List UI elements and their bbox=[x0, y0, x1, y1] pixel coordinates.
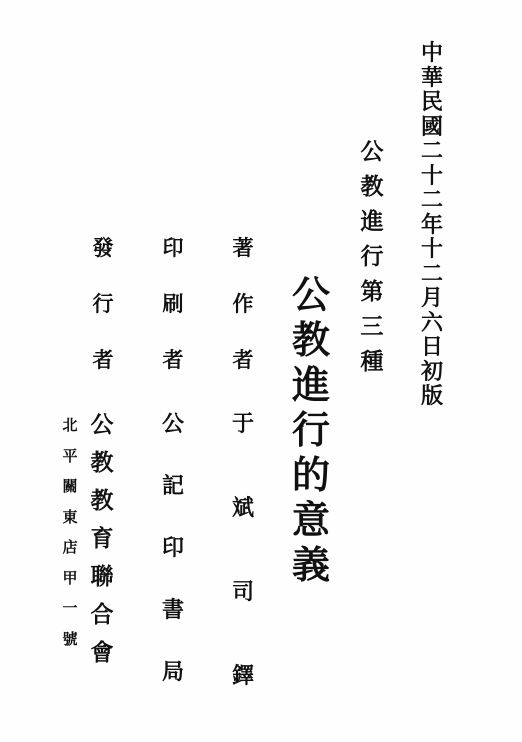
publication-date: 中 華 民 國 二 十 二 年 十 二 月 六 日 初 版 bbox=[418, 42, 446, 410]
address-char: 甲 bbox=[62, 571, 77, 602]
author-char: 斌 bbox=[232, 497, 254, 581]
title-char: 意 bbox=[292, 501, 330, 546]
date-char: 中 bbox=[421, 42, 443, 67]
book-title: 公 教 進 行 的 意 義 bbox=[288, 276, 334, 591]
date-char: 民 bbox=[421, 91, 443, 116]
publisher-char: 育 bbox=[91, 527, 114, 565]
title-char: 的 bbox=[292, 456, 330, 501]
address-char: 號 bbox=[62, 632, 77, 663]
date-char: 華 bbox=[421, 67, 443, 92]
title-char: 進 bbox=[292, 366, 330, 411]
date-char: 月 bbox=[421, 287, 443, 312]
date-char: 版 bbox=[421, 385, 443, 410]
author-char: 鐸 bbox=[232, 665, 254, 742]
date-char: 國 bbox=[421, 116, 443, 141]
printer-char: 公 bbox=[162, 413, 184, 475]
publisher-char: 教 bbox=[91, 489, 114, 527]
date-char: 年 bbox=[421, 214, 443, 239]
date-char: 日 bbox=[421, 336, 443, 361]
publisher-label-char: 行 bbox=[93, 293, 114, 349]
address-char: 一 bbox=[62, 601, 77, 632]
title-char: 行 bbox=[292, 411, 330, 456]
publisher-char: 合 bbox=[91, 603, 114, 641]
date-char: 二 bbox=[421, 189, 443, 214]
printer-label-char: 者 bbox=[163, 349, 184, 405]
title-char: 義 bbox=[292, 546, 330, 591]
series-char: 教 bbox=[361, 175, 384, 210]
publisher-char: 公 bbox=[91, 413, 114, 451]
date-char: 二 bbox=[421, 263, 443, 288]
series-char: 三 bbox=[361, 315, 384, 350]
publisher-char: 聯 bbox=[91, 565, 114, 603]
colophon-page: 中 華 民 國 二 十 二 年 十 二 月 六 日 初 版 公 教 進 行 第 … bbox=[0, 0, 522, 742]
printer-char: 記 bbox=[162, 475, 184, 537]
publisher-label-char: 者 bbox=[93, 349, 114, 405]
author-label-char: 者 bbox=[233, 349, 254, 405]
printer-char: 書 bbox=[162, 599, 184, 661]
address-char: 店 bbox=[62, 540, 77, 571]
author-char: 于 bbox=[232, 413, 254, 497]
printer-label: 印 刷 者 bbox=[158, 237, 188, 405]
address-char: 東 bbox=[62, 510, 77, 541]
series-char: 進 bbox=[361, 210, 384, 245]
printer-name: 公 記 印 書 局 bbox=[158, 413, 188, 723]
publisher-char: 會 bbox=[91, 641, 114, 679]
author-name: 于 斌 司 鐸 bbox=[228, 413, 258, 742]
publisher-char: 教 bbox=[91, 451, 114, 489]
series-char: 第 bbox=[361, 280, 384, 315]
publisher-label-char: 發 bbox=[93, 237, 114, 293]
publisher-label: 發 行 者 bbox=[88, 237, 118, 405]
series-line: 公 教 進 行 第 三 種 bbox=[358, 140, 386, 385]
date-char: 六 bbox=[421, 312, 443, 337]
printer-label-char: 刷 bbox=[163, 293, 184, 349]
printer-char: 印 bbox=[162, 537, 184, 599]
series-char: 行 bbox=[361, 245, 384, 280]
publisher-name: 公 教 教 育 聯 合 會 bbox=[86, 413, 118, 679]
series-char: 種 bbox=[361, 350, 384, 385]
title-char: 教 bbox=[292, 321, 330, 366]
author-label-char: 作 bbox=[233, 293, 254, 349]
author-char: 司 bbox=[232, 581, 254, 665]
title-char: 公 bbox=[292, 276, 330, 321]
address-char: 平 bbox=[62, 449, 77, 480]
publisher-address: 北 平 關 東 店 甲 一 號 bbox=[58, 418, 82, 662]
printer-label-char: 印 bbox=[163, 237, 184, 293]
printer-char: 局 bbox=[162, 661, 184, 723]
date-char: 十 bbox=[421, 165, 443, 190]
date-char: 初 bbox=[421, 361, 443, 386]
author-label: 著 作 者 bbox=[228, 237, 258, 405]
address-char: 關 bbox=[62, 479, 77, 510]
date-char: 十 bbox=[421, 238, 443, 263]
author-label-char: 著 bbox=[233, 237, 254, 293]
date-char: 二 bbox=[421, 140, 443, 165]
address-char: 北 bbox=[62, 418, 77, 449]
series-char: 公 bbox=[361, 140, 384, 175]
